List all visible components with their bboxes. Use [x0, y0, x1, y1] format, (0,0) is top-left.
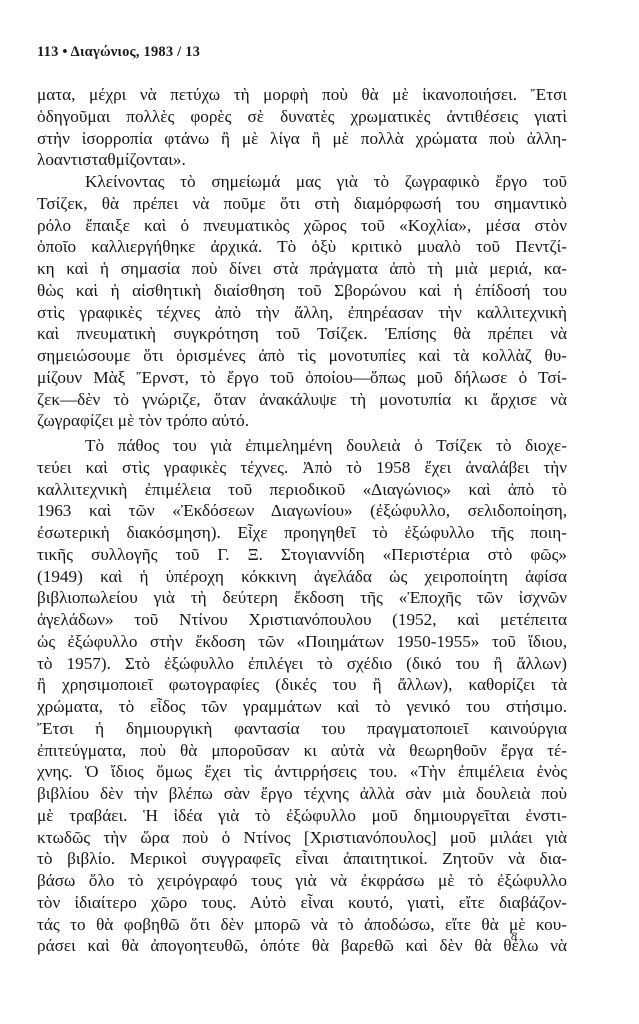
text-line: τάς το θὰ φοβηθῶ ὅτι δὲν μπορῶ νὰ τὸ ἀπο… [37, 914, 567, 936]
text-line: σημειώσουμε ὅτι ὁρισμένες ἀπὸ τὶς μονοτυ… [37, 345, 567, 367]
text-line: βιβλιοπωλείου γιὰ τὴ δεύτερη ἔκδοση τῆς … [37, 587, 567, 609]
text-line: χρώματα, τὸ εἶδος τῶν γραμμάτων καὶ τὸ γ… [37, 696, 567, 718]
text-line: Κλείνοντας τὸ σημείωμά μας γιὰ τὸ ζωγραφ… [37, 171, 567, 193]
text-line: ρόλο ἔπαιξε καὶ ὁ πνευματικὸς χῶρος τοῦ … [37, 215, 567, 237]
text-line: (1949) καὶ ἡ ὑπέροχη κόκκινη ἀγελάδα ὡς … [37, 566, 567, 588]
text-line: κη καὶ ἡ σημασία ποὺ δίνει στὰ πράγματα … [37, 258, 567, 280]
text-line: ὡς ἐξώφυλλο στὴν ἔκδοση τῶν «Ποιημάτων 1… [37, 631, 567, 653]
text-line: ἐπιτεύγματα, ποὺ θὰ μποροῦσαν κι αὐτὰ νὰ… [37, 740, 567, 762]
text-line: ζεκ—δὲν τὸ γνώριζε, ὅταν ἀνακάλυψε τὴ μο… [37, 389, 567, 411]
text-line: χνης. Ὁ ἴδιος ὅμως ἔχει τὶς ἀντιρρήσεις … [37, 761, 567, 783]
text-line: βάσω ὅλο τὸ χειρόγραφό τους γιὰ νὰ ἐκφρά… [37, 870, 567, 892]
text-line: ἐσωτερικὴ διακόσμηση). Εἶχε προηγηθεῖ τὸ… [37, 522, 567, 544]
running-head: 113 • Διαγώνιος, 1983 / 13 [37, 44, 200, 61]
text-line: Τὸ πάθος του γιὰ ἐπιμελημένη δουλειὰ ὁ Τ… [37, 435, 567, 457]
text-line: κτωδῶς τὴν ὥρα ποὺ ὁ Ντίνος [Χριστιανόπο… [37, 827, 567, 849]
text-line: στὴν ἰσορροπία φτάνω ἢ μὲ λίγα ἢ μὲ πολλ… [37, 128, 567, 150]
text-line: τὸ 1957). Στὸ ἐξώφυλλο ἐπιλέγει τὸ σχέδι… [37, 653, 567, 675]
text-line: τεύει καὶ στὶς γραφικὲς τέχνες. Ἀπὸ τὸ 1… [37, 457, 567, 479]
text-line: τικῆς συλλογῆς τοῦ Γ. Ξ. Στογιαννίδη «Πε… [37, 544, 567, 566]
text-line: ματα, μέχρι νὰ πετύχω τὴ μορφὴ ποὺ θὰ μὲ… [37, 84, 567, 106]
text-line: στὶς γραφικὲς τέχνες ἀπὸ τὴν ἄλλη, ἐπηρέ… [37, 302, 567, 324]
text-line: ζωγραφίζει μὲ τὸν τρόπο αὐτό. [37, 410, 567, 432]
paragraph-block-1: ματα, μέχρι νὰ πετύχω τὴ μορφὴ ποὺ θὰ μὲ… [37, 84, 567, 432]
text-line: τὸ βιβλίο. Μερικοὶ συγγραφεῖς εἶναι ἀπαι… [37, 848, 567, 870]
text-line: ἀγελάδων» τοῦ Ντίνου Χριστιανόπουλου (19… [37, 609, 567, 631]
text-line: 1963 καὶ τῶν «Ἐκδόσεων Διαγωνίου» (ἐξώφυ… [37, 500, 567, 522]
text-line: καὶ πνευματικὴ συγκρότηση τοῦ Τσίζεκ. Ἐπ… [37, 323, 567, 345]
text-line: μίζουν Μὰξ Ἔρνστ, τὸ ἔργο τοῦ ὁποίου—ὅπω… [37, 367, 567, 389]
text-line: ράσει καὶ θὰ ἀπογοητευθῶ, ὁπότε θὰ βαρεθ… [37, 935, 567, 957]
text-line: ὁποῖο καλλιεργήθηκε ἀρχικά. Τὸ ὀξὺ κριτι… [37, 236, 567, 258]
text-line: βιβλίου δὲν τὴν βλέπω σὰν ἔργο τέχνης ἀλ… [37, 783, 567, 805]
text-line: ὁδηγοῦμαι πολλὲς φορὲς σὲ δυνατὲς χρωματ… [37, 106, 567, 128]
text-line: καλλιτεχνικὴ ἐπιμέλεια τοῦ περιοδικοῦ «Δ… [37, 479, 567, 501]
text-line: μὲ τραβάει. Ἡ ἰδέα γιὰ τὸ ἐξώφυλλο μοῦ δ… [37, 805, 567, 827]
text-line: τὸν ἰδιαίτερο χῶρο τους. Αὐτὸ εἶναι κουτ… [37, 892, 567, 914]
text-line: λοαντισταθμίζονται». [37, 149, 567, 171]
paragraph-block-2: Τὸ πάθος του γιὰ ἐπιμελημένη δουλειὰ ὁ Τ… [37, 435, 567, 957]
page-number: 8 [511, 929, 517, 944]
text-line: θὼς καὶ ἡ αἰσθητικὴ διαίσθηση τοῦ Σβορών… [37, 280, 567, 302]
text-line: ἢ χρησιμοποιεῖ φωτογραφίες (δικές του ἢ … [37, 674, 567, 696]
text-line: Ἔτσι ἡ δημιουργικὴ φαντασία του πραγματο… [37, 718, 567, 740]
document-page: 113 • Διαγώνιος, 1983 / 13 ματα, μέχρι ν… [0, 0, 639, 1024]
text-line: Τσίζεκ, θὰ πρέπει νὰ ποῦμε ὅτι στὴ διαμό… [37, 193, 567, 215]
